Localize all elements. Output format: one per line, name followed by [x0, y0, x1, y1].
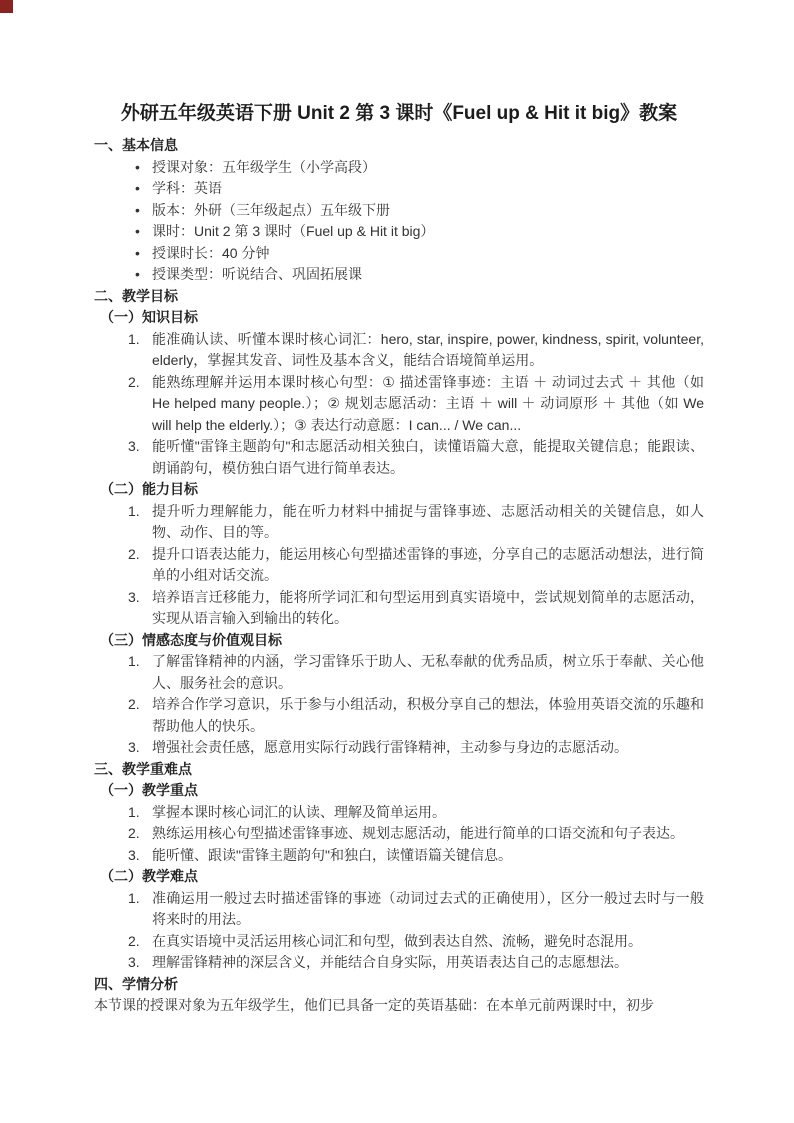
- list-item: 3.增强社会责任感，愿意用实际行动践行雷锋精神，主动参与身边的志愿活动。: [94, 737, 704, 759]
- list-item: 授课对象：五年级学生（小学高段）: [94, 157, 704, 179]
- list-item-text: 学科：英语: [152, 180, 222, 196]
- page-title: 外研五年级英语下册 Unit 2 第 3 课时《Fuel up & Hit it…: [94, 0, 704, 127]
- list-item-text: 理解雷锋精神的深层含义，并能结合自身实际，用英语表达自己的志愿想法。: [152, 954, 628, 970]
- list-item-text: 能熟练理解并运用本课时核心句型：① 描述雷锋事迹：主语 ＋ 动词过去式 ＋ 其他…: [152, 374, 704, 433]
- bullet-icon: [135, 243, 140, 265]
- list-item-text: 培养语言迁移能力，能将所学词汇和句型运用到真实语境中，尝试规划简单的志愿活动，实…: [152, 589, 704, 627]
- bullet-icon: [135, 157, 140, 179]
- list-item-number: 2.: [128, 931, 140, 953]
- list-item-number: 3.: [128, 845, 140, 867]
- bullet-icon: [135, 178, 140, 200]
- subsection-heading-key-points: （一）教学重点: [94, 780, 704, 802]
- list-item-text: 提升口语表达能力，能运用核心句型描述雷锋的事迹，分享自己的志愿活动想法，进行简单…: [152, 546, 704, 584]
- list-item-number: 1.: [128, 888, 140, 910]
- list-item-text: 准确运用一般过去时描述雷锋的事迹（动词过去式的正确使用），区分一般过去时与一般将…: [152, 890, 704, 928]
- list-item-text: 增强社会责任感，愿意用实际行动践行雷锋精神，主动参与身边的志愿活动。: [152, 739, 628, 755]
- subsection-heading-emotion: （三）情感态度与价值观目标: [94, 630, 704, 652]
- list-item-number: 3.: [128, 952, 140, 974]
- learner-analysis-paragraph: 本节课的授课对象为五年级学生，他们已具备一定的英语基础：在本单元前两课时中，初步: [94, 995, 704, 1017]
- list-item: 2.能熟练理解并运用本课时核心句型：① 描述雷锋事迹：主语 ＋ 动词过去式 ＋ …: [94, 372, 704, 437]
- list-item-text: 课时：Unit 2 第 3 课时（Fuel up & Hit it big）: [152, 223, 434, 239]
- list-item-text: 授课对象：五年级学生（小学高段）: [152, 159, 376, 175]
- list-item-number: 1.: [128, 651, 140, 673]
- list-item-number: 2.: [128, 694, 140, 716]
- list-item: 1.能准确认读、听懂本课时核心词汇：hero, star, inspire, p…: [94, 329, 704, 372]
- list-item-text: 提升听力理解能力，能在听力材料中捕捉与雷锋事迹、志愿活动相关的关键信息，如人物、…: [152, 503, 704, 541]
- section-heading-goals: 二、教学目标: [94, 286, 704, 308]
- list-item-text: 能准确认读、听懂本课时核心词汇：hero, star, inspire, pow…: [152, 331, 704, 369]
- list-item-text: 掌握本课时核心词汇的认读、理解及简单运用。: [152, 804, 446, 820]
- list-item: 2.培养合作学习意识，乐于参与小组活动，积极分享自己的想法，体验用英语交流的乐趣…: [94, 694, 704, 737]
- section-heading-key-difficult: 三、教学重难点: [94, 759, 704, 781]
- list-item-number: 1.: [128, 329, 140, 351]
- list-item-number: 3.: [128, 587, 140, 609]
- list-item-number: 3.: [128, 737, 140, 759]
- document-page: 外研五年级英语下册 Unit 2 第 3 课时《Fuel up & Hit it…: [0, 0, 794, 1123]
- subsection-heading-knowledge: （一）知识目标: [94, 307, 704, 329]
- bullet-icon: [135, 200, 140, 222]
- list-item-text: 能听懂"雷锋主题韵句"和志愿活动相关独白，读懂语篇大意，能提取关键信息；能跟读、…: [152, 438, 704, 476]
- list-item: 2.提升口语表达能力，能运用核心句型描述雷锋的事迹，分享自己的志愿活动想法，进行…: [94, 544, 704, 587]
- list-item: 1.了解雷锋精神的内涵，学习雷锋乐于助人、无私奉献的优秀品质，树立乐于奉献、关心…: [94, 651, 704, 694]
- list-item: 3.理解雷锋精神的深层含义，并能结合自身实际，用英语表达自己的志愿想法。: [94, 952, 704, 974]
- document-content: 外研五年级英语下册 Unit 2 第 3 课时《Fuel up & Hit it…: [94, 0, 704, 1017]
- list-item-text: 在真实语境中灵活运用核心词汇和句型，做到表达自然、流畅，避免时态混用。: [152, 933, 642, 949]
- list-item: 2.在真实语境中灵活运用核心词汇和句型，做到表达自然、流畅，避免时态混用。: [94, 931, 704, 953]
- list-item-text: 能听懂、跟读"雷锋主题韵句"和独白，读懂语篇关键信息。: [152, 847, 512, 863]
- list-item-number: 2.: [128, 372, 140, 394]
- section-heading-basic-info: 一、基本信息: [94, 135, 704, 157]
- list-item-number: 2.: [128, 544, 140, 566]
- bullet-icon: [135, 264, 140, 286]
- list-item-text: 授课时长：40 分钟: [152, 245, 269, 261]
- list-item: 1.准确运用一般过去时描述雷锋的事迹（动词过去式的正确使用），区分一般过去时与一…: [94, 888, 704, 931]
- list-item: 授课时长：40 分钟: [94, 243, 704, 265]
- list-item: 2.熟练运用核心句型描述雷锋事迹、规划志愿活动，能进行简单的口语交流和句子表达。: [94, 823, 704, 845]
- list-item-number: 2.: [128, 823, 140, 845]
- list-item: 3.能听懂、跟读"雷锋主题韵句"和独白，读懂语篇关键信息。: [94, 845, 704, 867]
- list-item-text: 熟练运用核心句型描述雷锋事迹、规划志愿活动，能进行简单的口语交流和句子表达。: [152, 825, 684, 841]
- list-item-text: 了解雷锋精神的内涵，学习雷锋乐于助人、无私奉献的优秀品质，树立乐于奉献、关心他人…: [152, 653, 704, 691]
- list-item-text: 版本：外研（三年级起点）五年级下册: [152, 202, 390, 218]
- list-item: 3.培养语言迁移能力，能将所学词汇和句型运用到真实语境中，尝试规划简单的志愿活动…: [94, 587, 704, 630]
- list-item: 3.能听懂"雷锋主题韵句"和志愿活动相关独白，读懂语篇大意，能提取关键信息；能跟…: [94, 436, 704, 479]
- list-item: 学科：英语: [94, 178, 704, 200]
- section-heading-learner-analysis: 四、学情分析: [94, 974, 704, 996]
- list-item: 版本：外研（三年级起点）五年级下册: [94, 200, 704, 222]
- list-item-text: 培养合作学习意识，乐于参与小组活动，积极分享自己的想法，体验用英语交流的乐趣和帮…: [152, 696, 704, 734]
- list-item: 1.提升听力理解能力，能在听力材料中捕捉与雷锋事迹、志愿活动相关的关键信息，如人…: [94, 501, 704, 544]
- corner-marker: [0, 0, 13, 13]
- list-item-text: 授课类型：听说结合、巩固拓展课: [152, 266, 362, 282]
- list-item-number: 1.: [128, 802, 140, 824]
- list-item-number: 1.: [128, 501, 140, 523]
- list-item: 授课类型：听说结合、巩固拓展课: [94, 264, 704, 286]
- subsection-heading-ability: （二）能力目标: [94, 479, 704, 501]
- subsection-heading-difficult-points: （二）教学难点: [94, 866, 704, 888]
- bullet-icon: [135, 221, 140, 243]
- list-item-number: 3.: [128, 436, 140, 458]
- list-item: 课时：Unit 2 第 3 课时（Fuel up & Hit it big）: [94, 221, 704, 243]
- list-item: 1.掌握本课时核心词汇的认读、理解及简单运用。: [94, 802, 704, 824]
